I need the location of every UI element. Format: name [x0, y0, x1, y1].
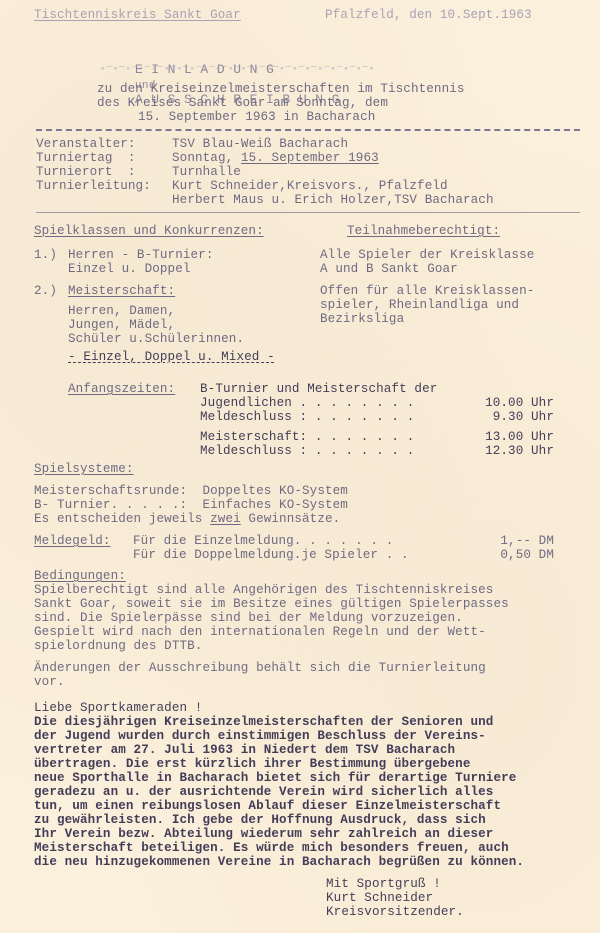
item2-eligibility-1: Offen für alle Kreisklassen-	[320, 284, 534, 298]
times-row-4-time: 12.30 Uhr	[470, 444, 554, 458]
systems-decision: Es entscheiden jeweils zwei Gewinnsätze.	[34, 512, 340, 526]
item2-eligibility-3: Bezirksliga	[320, 312, 404, 326]
item1-eligibility-1: Alle Spieler der Kreisklasse	[320, 248, 534, 262]
item1-line-1: Herren - B-Turnier:	[68, 248, 214, 262]
letter-line-4: übertragen. Die erst kürzlich ihrer Best…	[34, 757, 470, 771]
times-row-1-label: Jugendlichen . . . . . . . .	[200, 396, 414, 410]
letter-line-5: neue Sporthalle in Bacharach bietet sich…	[34, 771, 516, 785]
item2-line-2: Jungen, Mädel,	[68, 318, 175, 332]
systems-line-1: Meisterschaftsrunde: Doppeltes KO-System	[34, 484, 348, 498]
times-row-3-time: 13.00 Uhr	[470, 430, 554, 444]
conditions-line-2: Sankt Goar, soweit sie im Besitze eines …	[34, 597, 509, 611]
label-tournament-management: Turnierleitung:	[36, 179, 151, 193]
times-row-3-label: Meisterschaft: . . . . . . .	[200, 430, 414, 444]
item2-heading: Meisterschaft:	[68, 284, 175, 298]
letter-line-6: geradezu an u. der ausrichtende Verein w…	[34, 785, 493, 799]
dateline: Pfalzfeld, den 10.Sept.1963	[325, 8, 532, 22]
label-tournament-day: Turniertag :	[36, 151, 136, 165]
decision-emphasis: zwei	[210, 512, 241, 526]
item2-line-3: Schüler u.Schülerinnen.	[68, 332, 244, 346]
item1-number: 1.)	[34, 248, 57, 262]
decision-prefix: Es entscheiden jeweils	[34, 512, 210, 526]
times-row-2-time: 9.30 Uhr	[470, 410, 554, 424]
dashed-separator	[36, 129, 580, 131]
fees-row-1-amount: 1,-- DM	[460, 534, 554, 548]
eligibility-heading: Teilnahmeberechtigt:	[347, 224, 500, 238]
letter-line-2: der Jugend wurden durch einstimmigen Bes…	[34, 729, 486, 743]
fees-row-2-label: Für die Doppelmeldung.je Spieler . .	[133, 548, 409, 562]
item2-eligibility-2: spieler, Rheinlandliga und	[320, 298, 519, 312]
subtitle-line-1: zu den Kreiseinzelmeisterschaften im Tis…	[97, 82, 465, 96]
letter-line-8: zu gewährleisten. Ich gebe der Hoffnung …	[34, 813, 486, 827]
times-intro: B-Turnier und Meisterschaft der	[200, 382, 437, 396]
label-venue: Turnierort :	[36, 165, 136, 179]
conditions-line-5: spielordnung des DTTB.	[34, 639, 202, 653]
times-row-1-time: 10.00 Uhr	[470, 396, 554, 410]
item2-line-1: Herren, Damen,	[68, 304, 175, 318]
letter-salutation: Liebe Sportkameraden !	[34, 701, 202, 715]
letter-line-1: Die diesjährigen Kreiseinzelmeisterschaf…	[34, 715, 493, 729]
times-heading: Anfangszeiten:	[68, 382, 175, 396]
document-page: Tischtenniskreis Sankt Goar Pfalzfeld, d…	[0, 0, 600, 933]
subtitle-line-3: 15. September 1963 in Bacharach	[138, 110, 375, 124]
changes-line-2: vor.	[34, 675, 65, 689]
sender-line: Tischtenniskreis Sankt Goar	[34, 8, 241, 22]
value-organizer: TSV Blau-Weiß Bacharach	[172, 137, 348, 151]
disciplines-line: - Einzel, Doppel u. Mixed -	[68, 350, 275, 364]
letter-line-7: tun, um einen reibungslosen Ablauf diese…	[34, 799, 501, 813]
closing-signature-name: Kurt Schneider	[326, 891, 433, 905]
systems-heading: Spielsysteme:	[34, 462, 134, 476]
conditions-heading: Bedingungen:	[34, 569, 126, 583]
value-management-1: Kurt Schneider,Kreisvors., Pfalzfeld	[172, 179, 448, 193]
closing-greeting: Mit Sportgruß !	[326, 877, 441, 891]
closing-signature-title: Kreisvorsitzender.	[326, 905, 464, 919]
conditions-line-3: sind. Die Spielerpässe sind bei der Meld…	[34, 611, 463, 625]
systems-line-2: B- Turnier. . . . .: Einfaches KO-System	[34, 498, 348, 512]
solid-separator	[36, 212, 580, 213]
letter-line-11: die neu hinzugekommenen Vereine in Bacha…	[34, 855, 524, 869]
item2-number: 2.)	[34, 284, 57, 298]
value-weekday: Sonntag,	[172, 151, 241, 165]
classes-heading: Spielklassen und Konkurrenzen:	[34, 224, 264, 238]
conditions-line-4: Gespielt wird nach den internationalen R…	[34, 625, 486, 639]
value-venue: Turnhalle	[172, 165, 241, 179]
changes-line-1: Änderungen der Ausschreibung behält sich…	[34, 661, 486, 675]
conditions-line-1: Spielberechtigt sind alle Angehörigen de…	[34, 583, 493, 597]
decision-suffix: Gewinnsätze.	[241, 512, 341, 526]
value-tournament-day: Sonntag, 15. September 1963	[172, 151, 379, 165]
item1-eligibility-2: A und B Sankt Goar	[320, 262, 458, 276]
title-ornament: °‾°‾°‾°‾°‾°‾°‾°‾°‾°‾°‾°‾°‾°‾°‾°‾°‾°‾°‾°‾…	[100, 66, 375, 76]
letter-line-10: Meisterschaft beteiligen. Es würde mich …	[34, 841, 509, 855]
times-row-2-label: Meldeschluss : . . . . . . .	[200, 410, 414, 424]
fees-row-2-amount: 0,50 DM	[460, 548, 554, 562]
value-management-2: Herbert Maus u. Erich Holzer,TSV Bachara…	[172, 193, 494, 207]
item1-line-2: Einzel u. Doppel	[68, 262, 191, 276]
value-date: 15. September 1963	[241, 151, 379, 165]
letter-line-3: vertreter am 27. Juli 1963 in Niedert de…	[34, 743, 455, 757]
fees-row-1-label: Für die Einzelmeldung. . . . . . .	[133, 534, 393, 548]
times-row-4-label: Meldeschluss : . . . . . . .	[200, 444, 414, 458]
label-organizer: Veranstalter:	[36, 137, 136, 151]
fees-heading: Meldegeld:	[34, 534, 111, 548]
letter-line-9: Ihr Verein bezw. Abteilung wiederum sehr…	[34, 827, 493, 841]
subtitle-line-2: des Kreises Sankt Goar am Sonntag, dem	[97, 96, 388, 110]
